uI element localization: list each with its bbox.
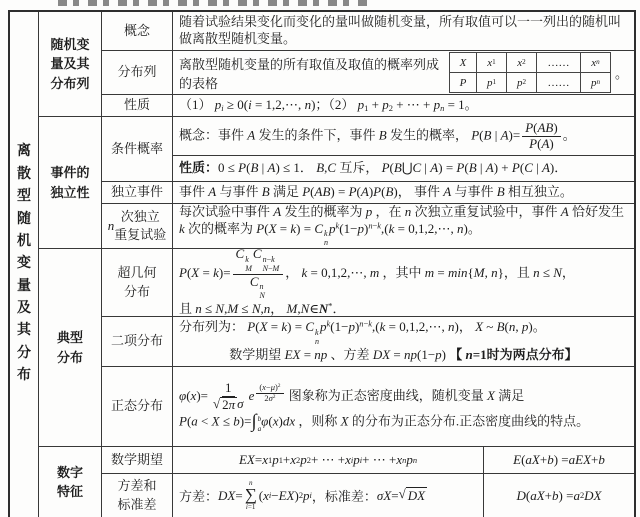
cell-n-repeated-trials: 每次试验中事件 A 发生的概率为 p ，在 n 次独立重复试验中，事件 A 恰好…	[173, 204, 634, 248]
cell-concept: 随着试验结果变化而变化的量叫做随机变量，所有取值可以一一列出的随机叫做离散型随机…	[173, 12, 634, 50]
cell-independent-events: 事件 A 与事件 B 满足 P(AB) = P(A)P(B)， 事件 A 与事件…	[173, 182, 634, 203]
mini-cell: x1	[476, 53, 506, 72]
group-label-numeric-features: 数字 特征	[39, 447, 102, 517]
conditional-property: 性质：0 ≤ P(B | A) ≤ 1． B,C 互斥， P(B⋃C | A) …	[173, 155, 634, 181]
row-label-variance: 方差和 标准差	[102, 474, 173, 517]
normal-line1: φ(x)=1√2πσe(x−μ)22σ2 图象称为正态密度曲线，随机变量 X 满…	[179, 381, 628, 413]
row-variance: 方差和 标准差 方差： DX=n∑i=1(xi − EX)2pi ，标准差： σ…	[102, 473, 634, 517]
mini-cell: ……	[536, 73, 580, 92]
cell-conditional-probability: 概念：事件 A 发生的条件下，事件 B 发生的概率， P(B | A)=P(AB…	[173, 117, 634, 181]
group-label-typical-distributions: 典型 分布	[39, 249, 102, 446]
row-label-conditional-probability: 条件概率	[102, 117, 173, 181]
distribution-mini-table: X x1 x2 …… xn P p1 p2	[449, 52, 611, 93]
left-header-text: 离散型随机变量及其分布	[17, 141, 32, 387]
mini-cell: p1	[476, 73, 506, 92]
normal-line2: P(a < X ≤ b)=∫baφ(x)dx ，则称 X 的分布为正态分布.正态…	[179, 413, 628, 432]
row-label-distribution-list: 分布列	[102, 51, 173, 94]
row-label-concept: 概念	[102, 12, 173, 50]
expectation-formula: EX = x1p1 + x2p2 + ⋯ + xipi + ⋯ + xnpn	[173, 447, 483, 473]
group-typical-distributions: 典型 分布 超几何 分布 P(X = k)=CkMCn−kN−MCnN， k =…	[39, 248, 634, 446]
repeat-line1: 每次试验中事件 A 发生的概率为 p ，在 n 次独立重复试验中，事件 A 恰好…	[179, 204, 628, 221]
mini-cell: ……	[536, 53, 580, 72]
mini-cell: P	[450, 73, 476, 92]
conditional-property-label: 性质：	[179, 160, 218, 175]
row-label-binomial: 二项分布	[102, 317, 173, 366]
row-label-expectation: 数学期望	[102, 447, 173, 473]
row-label-n-repeated-trials: n 次独立 重复试验	[102, 204, 173, 248]
knowledge-table: 离散型随机变量及其分布 随机变 量及其 分布列 概念 随着试验结果变化而变化的量…	[8, 10, 636, 517]
mini-cell: pn	[580, 73, 610, 92]
binomial-line2: 数学期望 EX = np 、方差 DX = np(1−p) 【 n=1时为两点分…	[179, 347, 628, 364]
distribution-list-text: 离散型随机变量的所有取值及取值的概率列成的表格	[179, 54, 443, 92]
row-label-independent-events: 独立事件	[102, 182, 173, 203]
mini-cell: p2	[506, 73, 536, 92]
cell-property: （1） pi ≥ 0(i = 1,2,⋯, n)；（2） p1 + p2 + ⋯…	[173, 95, 634, 116]
conditional-concept: 概念：事件 A 发生的条件下，事件 B 发生的概率， P(B | A)=P(AB…	[173, 117, 634, 155]
row-distribution-list: 分布列 离散型随机变量的所有取值及取值的概率列成的表格 X x1 x2 …… x	[102, 50, 634, 94]
cell-normal: φ(x)=1√2πσe(x−μ)22σ2 图象称为正态密度曲线，随机变量 X 满…	[173, 367, 634, 446]
repeat-line2: k 次的概率为 P(X = k) = Cknpk(1−p)n−k,(k = 0,…	[179, 221, 628, 248]
cell-variance: 方差： DX=n∑i=1(xi − EX)2pi ，标准差： σX=√DX D(…	[173, 474, 634, 517]
cell-distribution-list: 离散型随机变量的所有取值及取值的概率列成的表格 X x1 x2 …… xn	[173, 51, 634, 94]
row-expectation: 数学期望 EX = x1p1 + x2p2 + ⋯ + xipi + ⋯ + x…	[102, 447, 634, 473]
independent-events-text: 事件 A 与事件 B 满足 P(AB) = P(A)P(B)， 事件 A 与事件…	[179, 184, 628, 201]
group-random-variable: 随机变 量及其 分布列 概念 随着试验结果变化而变化的量叫做随机变量，所有取值可…	[39, 12, 634, 116]
row-label-hypergeometric: 超几何 分布	[102, 249, 173, 316]
group-label-random-variable: 随机变 量及其 分布列	[39, 12, 102, 116]
conditional-property-text: 0 ≤ P(B | A) ≤ 1． B,C 互斥， P(B⋃C | A) = P…	[218, 160, 567, 175]
row-independent-events: 独立事件 事件 A 与事件 B 满足 P(AB) = P(A)P(B)， 事件 …	[102, 181, 634, 203]
cell-binomial: 分布列为： P(X = k) = Cknpk(1−p)n−k,(k = 0,1,…	[173, 317, 634, 366]
left-header-cell: 离散型随机变量及其分布	[10, 12, 39, 517]
binomial-line1: 分布列为： P(X = k) = Cknpk(1−p)n−k,(k = 0,1,…	[179, 319, 628, 346]
group-label-event-independence: 事件的 独立性	[39, 117, 102, 248]
hypergeometric-line1: P(X = k)=CkMCn−kN−MCnN， k = 0,1,2,⋯, m ，…	[179, 247, 628, 301]
row-label-property: 性质	[102, 95, 173, 116]
cell-expectation: EX = x1p1 + x2p2 + ⋯ + xipi + ⋯ + xnpn E…	[173, 447, 634, 473]
group-event-independence: 事件的 独立性 条件概率 概念：事件 A 发生的条件下，事件 B 发生的概率， …	[39, 116, 634, 248]
variance-linear-rule: D(aX + b) = a2DX	[483, 474, 634, 517]
cropped-title-remnant	[58, 0, 368, 6]
row-conditional-probability: 条件概率 概念：事件 A 发生的条件下，事件 B 发生的概率， P(B | A)…	[102, 117, 634, 181]
row-property: 性质 （1） pi ≥ 0(i = 1,2,⋯, n)；（2） p1 + p2 …	[102, 94, 634, 116]
mini-cell: x2	[506, 53, 536, 72]
row-concept: 概念 随着试验结果变化而变化的量叫做随机变量，所有取值可以一一列出的随机叫做离散…	[102, 12, 634, 50]
row-label-normal: 正态分布	[102, 367, 173, 446]
row-n-repeated-trials: n 次独立 重复试验 每次试验中事件 A 发生的概率为 p ，在 n 次独立重复…	[102, 203, 634, 248]
mini-cell: X	[450, 53, 476, 72]
property-text: （1） pi ≥ 0(i = 1,2,⋯, n)；（2） p1 + p2 + ⋯…	[179, 97, 628, 114]
row-normal: 正态分布 φ(x)=1√2πσe(x−μ)22σ2 图象称为正态密度曲线，随机变…	[102, 366, 634, 446]
cell-hypergeometric: P(X = k)=CkMCn−kN−MCnN， k = 0,1,2,⋯, m ，…	[173, 249, 634, 316]
mini-table-row-x: X x1 x2 …… xn	[450, 53, 610, 72]
distribution-list-suffix: 。	[615, 63, 628, 82]
group-numeric-features: 数字 特征 数学期望 EX = x1p1 + x2p2 + ⋯ + xipi +…	[39, 446, 634, 517]
row-hypergeometric: 超几何 分布 P(X = k)=CkMCn−kN−MCnN， k = 0,1,2…	[102, 249, 634, 316]
conditional-concept-text: 概念：事件 A 发生的条件下，事件 B 发生的概率， P(B | A)=P(AB…	[179, 121, 628, 152]
row-binomial: 二项分布 分布列为： P(X = k) = Cknpk(1−p)n−k,(k =…	[102, 316, 634, 366]
expectation-linear-rule: E(aX + b) = aEX + b	[483, 447, 634, 473]
mini-cell: xn	[580, 53, 610, 72]
variance-formula: 方差： DX=n∑i=1(xi − EX)2pi ，标准差： σX=√DX	[173, 474, 483, 517]
concept-text: 随着试验结果变化而变化的量叫做随机变量，所有取值可以一一列出的随机叫做离散型随机…	[179, 14, 628, 48]
table-body: 随机变 量及其 分布列 概念 随着试验结果变化而变化的量叫做随机变量，所有取值可…	[39, 12, 634, 517]
mini-table-row-p: P p1 p2 …… pn	[450, 72, 610, 92]
